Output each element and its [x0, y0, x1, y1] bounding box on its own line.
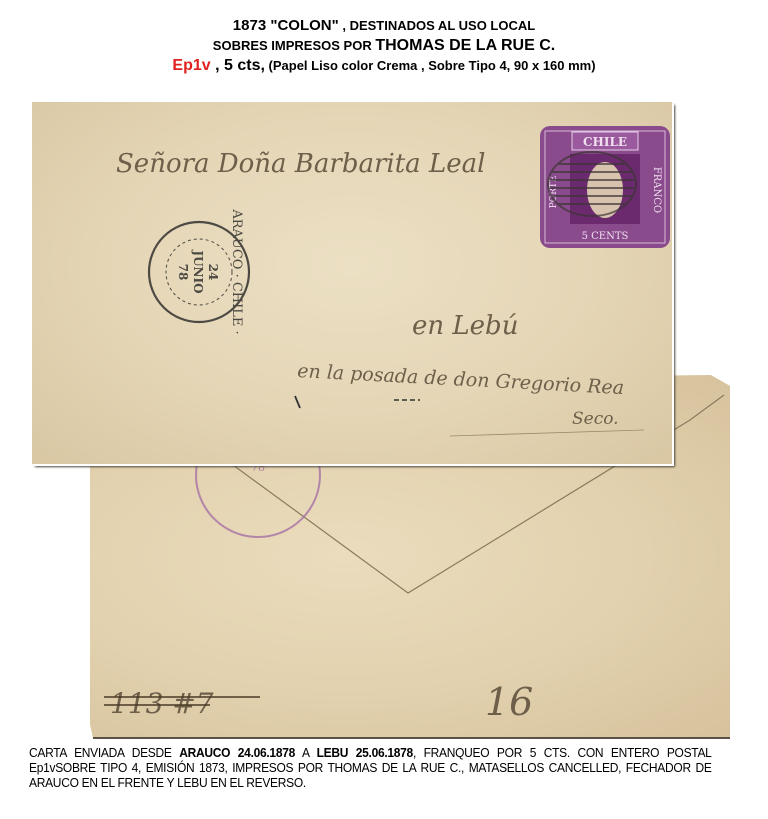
address-lodging: en la posada de don Gregorio Rea	[297, 360, 625, 399]
issue-purpose: , DESTINADOS AL USO LOCAL	[339, 18, 535, 33]
stamp-right-text: FRANCO	[651, 167, 662, 213]
page-header: 1873 "COLON" , DESTINADOS AL USO LOCAL S…	[0, 16, 768, 76]
postmark-year: 78	[176, 264, 190, 281]
origin-date: ARAUCO 24.06.1878	[179, 746, 295, 760]
envelope-front: CHILE PORTE FRANCO 5 CENTS ARAUCO · CHIL…	[32, 102, 672, 464]
address-closing: Seco.	[572, 409, 619, 429]
back-notation-crossed: 113 #7	[110, 687, 214, 720]
address-city: en Lebú	[412, 311, 518, 341]
postmark-day: 24	[206, 264, 220, 281]
catalog-code: Ep1v	[172, 57, 210, 74]
description-caption: CARTA ENVIADA DESDE ARAUCO 24.06.1878 A …	[29, 746, 712, 791]
destination-date: LEBU 25.06.1878	[317, 746, 413, 760]
printer-name: THOMAS DE LA RUE C.	[375, 37, 555, 54]
header-line-3: Ep1v , 5 cts, (Papel Liso color Crema , …	[0, 56, 768, 76]
header-line-1: 1873 "COLON" , DESTINADOS AL USO LOCAL	[0, 16, 768, 36]
issue-title: 1873 "COLON"	[233, 17, 339, 34]
back-notation-number: 16	[485, 680, 533, 724]
printer-prefix: SOBRES IMPRESOS POR	[213, 38, 376, 53]
imprinted-stamp: CHILE PORTE FRANCO 5 CENTS	[540, 126, 670, 248]
face-value: , 5 cts,	[211, 57, 265, 74]
stamp-value: 5 CENTS	[582, 231, 629, 242]
arauco-postmark: ARAUCO · CHILE · 24 JUNIO 78	[149, 208, 249, 334]
envelope-details: (Papel Liso color Crema , Sobre Tipo 4, …	[265, 58, 596, 73]
address-recipient: Señora Doña Barbarita Leal	[116, 149, 485, 179]
header-line-2: SOBRES IMPRESOS POR THOMAS DE LA RUE C.	[0, 36, 768, 56]
stamp-country: CHILE	[583, 135, 627, 149]
postmark-month: JUNIO	[191, 249, 205, 293]
envelope-front-drawing: CHILE PORTE FRANCO 5 CENTS ARAUCO · CHIL…	[32, 102, 672, 464]
postmark-ring-text: ARAUCO · CHILE ·	[229, 208, 244, 334]
